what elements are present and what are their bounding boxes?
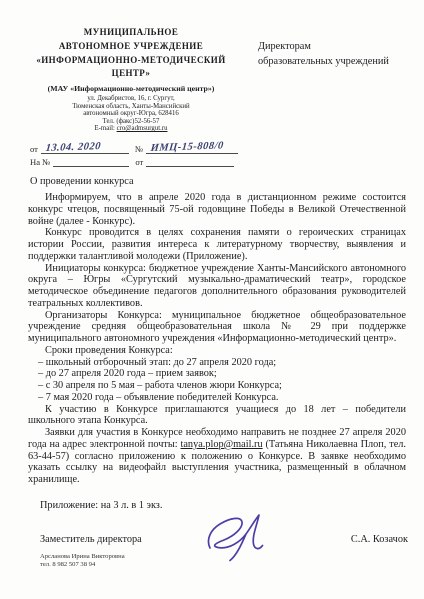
org-name-line: ЦЕНТР» — [24, 67, 238, 81]
contact-email: tanya.plop@mail.ru — [181, 439, 263, 450]
org-name-line: «ИНФОРМАЦИОННО-МЕТОДИЧЕСКИЙ — [24, 54, 238, 68]
term-list-item: – 7 мая 2020 года – объявление победител… — [28, 392, 406, 404]
handwritten-date: 13.04. 2020 — [45, 141, 102, 154]
handwritten-number: ИМЦ-15-808/0 — [150, 140, 224, 154]
org-phone: Тел. (факс)52-56-57 — [24, 118, 238, 126]
signer-position: Заместитель директора — [40, 534, 142, 545]
date-underline: 13.04. 2020 — [41, 141, 129, 154]
term-list-item: – с 30 апреля по 5 мая – работа членов ж… — [28, 380, 406, 392]
recipient-block: Директорам образовательных учреждений — [258, 40, 389, 69]
executor-name: Арсланова Ирина Викторовна — [40, 553, 125, 561]
body-paragraph: Конкурс проводится в целях сохранения па… — [28, 227, 406, 262]
number-underline: ИМЦ-15-808/0 — [146, 141, 238, 154]
org-address-line: автономный округ-Югра, 628416 — [24, 110, 238, 118]
org-address-line: Тюменская область, Ханты-Мансийский — [24, 103, 238, 111]
handwritten-signature — [196, 510, 286, 562]
body-paragraph: Заявки для участия в Конкурсе необходимо… — [28, 427, 406, 486]
na-number-underline — [53, 154, 129, 167]
letter-subject: О проведении конкурса — [30, 176, 134, 187]
reference-block: от13.04. 2020№ИМЦ-15-808/0 На №от — [30, 141, 260, 167]
body-paragraph: Информируем, что в апреле 2020 года в ди… — [28, 192, 406, 227]
recipient-line: Директорам — [258, 40, 389, 55]
org-address-line: ул. Декабристов, 16, г. Сургут, — [24, 95, 238, 103]
terms-heading: Сроки проведения Конкурса: — [28, 345, 406, 357]
na-number-label: На № — [30, 157, 53, 167]
signer-name: С.А. Козачок — [351, 534, 408, 545]
scanned-letter-page: МУНИЦИПАЛЬНОЕ АВТОНОМНОЕ УЧРЕЖДЕНИЕ «ИНФ… — [0, 0, 424, 599]
org-email-address: cro@admsurgut.ru — [117, 125, 168, 132]
email-label: E-mail: — [95, 125, 115, 132]
org-email-line: E-mail: cro@admsurgut.ru — [24, 125, 238, 133]
org-name-line: МУНИЦИПАЛЬНОЕ — [24, 26, 238, 40]
incoming-ref-row: На №от — [30, 154, 260, 167]
letter-body: Информируем, что в апреле 2020 года в ди… — [28, 192, 406, 486]
na-date-underline — [146, 154, 234, 167]
number-label: № — [135, 144, 146, 154]
body-paragraph: Организаторы Конкурса: муниципальное бюд… — [28, 310, 406, 345]
na-ot-label: от — [135, 157, 146, 167]
attachment-note: Приложение: на 3 л. в 1 экз. — [40, 500, 162, 511]
executor-phone: тел. 8 982 507 38 94 — [40, 561, 125, 569]
term-list-item: – школьный отборочный этап: до 27 апреля… — [28, 357, 406, 369]
ot-label: от — [30, 144, 41, 154]
executor-block: Арсланова Ирина Викторовна тел. 8 982 50… — [40, 553, 125, 569]
term-list-item: – до 27 апреля 2020 года – прием заявок; — [28, 368, 406, 380]
body-paragraph: К участию в Конкурсе приглашаются учащие… — [28, 404, 406, 428]
body-paragraph: Инициаторы конкурса: бюджетное учреждени… — [28, 263, 406, 310]
org-name-line: АВТОНОМНОЕ УЧРЕЖДЕНИЕ — [24, 40, 238, 54]
org-short-name: (МАУ «Информационно-методический центр») — [24, 84, 238, 93]
recipient-line: образовательных учреждений — [258, 55, 389, 70]
letterhead-org-block: МУНИЦИПАЛЬНОЕ АВТОНОМНОЕ УЧРЕЖДЕНИЕ «ИНФ… — [24, 26, 238, 133]
outgoing-ref-row: от13.04. 2020№ИМЦ-15-808/0 — [30, 141, 260, 154]
